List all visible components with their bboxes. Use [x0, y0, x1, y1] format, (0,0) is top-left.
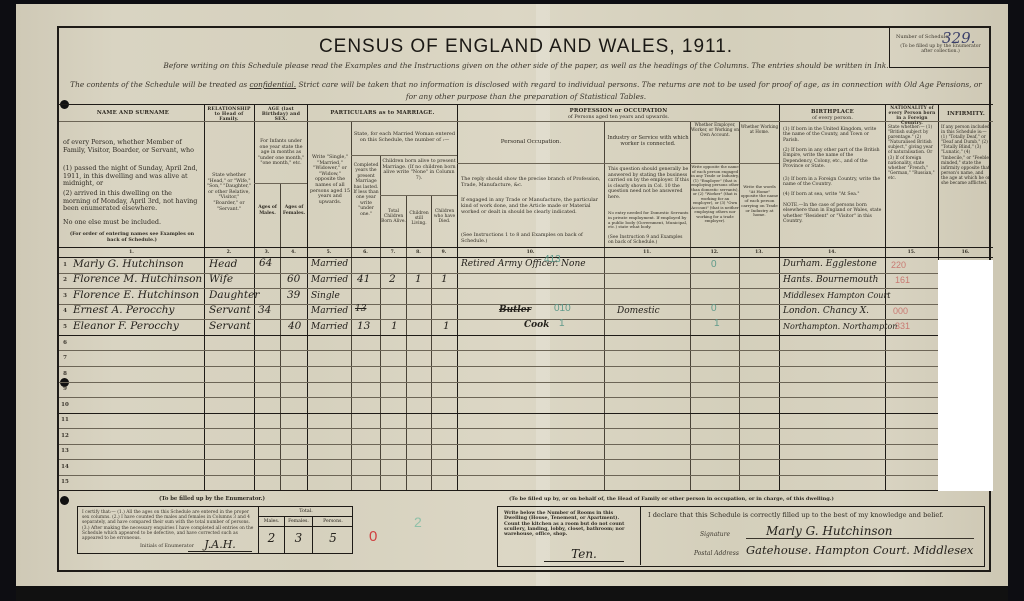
header-marriage: PARTICULARS as to MARRIAGE.: [308, 110, 457, 116]
marriage-years-struck: 13: [355, 304, 366, 314]
col-divider: [406, 195, 407, 491]
column-number: 4.: [280, 250, 307, 255]
person-birthplace: Durham. Egglestone: [783, 259, 877, 269]
header-personal-body-1: The reply should show the precise branch…: [461, 177, 601, 189]
header-industry-body-2: No entry needed for Domestic Servants in…: [608, 211, 689, 230]
header-home-body: Write the words "At Home" opposite the n…: [740, 185, 779, 218]
header-name-body-5: (For order of entering names see Example…: [63, 231, 201, 243]
employer-status: 1: [714, 318, 720, 329]
header-marriage-write: Write "Single," "Married," "Widower," or…: [309, 155, 351, 205]
column-number: 10.: [457, 250, 604, 255]
person-marital: Single: [311, 291, 340, 301]
header-personal-body-3: (See Instructions 1 to 8 and Examples on…: [461, 233, 601, 245]
row-number: 3: [61, 293, 69, 299]
column-number: 14.: [779, 250, 885, 255]
row-rule: [59, 335, 993, 336]
row-rule: [59, 350, 993, 351]
confidential-word: confidential.: [250, 80, 297, 89]
person-age-female: 39: [287, 289, 300, 301]
col-divider: [431, 195, 432, 491]
row-rule: [59, 475, 993, 476]
person-relationship: Servant: [209, 304, 251, 316]
header-rule: [351, 155, 457, 156]
occupation-code: 1: [559, 318, 565, 329]
children-died: 1: [443, 320, 450, 332]
employer-status: 0: [711, 259, 717, 270]
header-rule: [254, 183, 307, 184]
col-divider: [604, 121, 605, 491]
column-number: 5.: [307, 250, 351, 255]
instructions-line: Before writing on this Schedule please r…: [59, 61, 993, 70]
confidential-suffix: Strict care will be taken that no inform…: [296, 80, 982, 101]
header-industry-body-3: (See Instruction 9 and Examples on back …: [608, 235, 689, 245]
schedule-number-box: Number of Schedule 329. (To be filled up…: [889, 28, 989, 68]
header-rule: [380, 195, 457, 196]
column-number: 9.: [431, 250, 457, 255]
person-industry: Domestic: [617, 306, 660, 316]
rooms-instruction: Write below the Number of Rooms in this …: [504, 511, 634, 537]
person-age-male: 34: [258, 304, 271, 316]
enumerator-caption: (To be filled up by the Enumerator.): [159, 496, 265, 502]
header-birthplace-body-4: (4) If born at sea, write "At Sea.": [783, 192, 883, 197]
green-pencil-mark: 2: [414, 514, 422, 530]
rooms-section: Write below the Number of Rooms in this …: [498, 507, 641, 565]
occupation-code: 010: [554, 303, 571, 314]
header-ages-females: Ages of Females.: [281, 205, 307, 217]
signature: Marly G. Hutchinson: [746, 524, 974, 539]
row-number: 11: [61, 417, 69, 423]
row-number: 14: [61, 464, 69, 470]
males-label: Males.: [259, 517, 284, 527]
row-number: 2: [61, 277, 69, 283]
persons-label: Persons.: [313, 517, 353, 527]
row-rule: [59, 366, 993, 367]
row-number: 4: [61, 308, 69, 314]
person-birthplace: Middlesex Hampton Court: [783, 291, 891, 300]
birthplace-code: 000: [893, 306, 908, 316]
header-birthplace-body-3: (3) If born in a Foreign Country, write …: [783, 177, 883, 188]
row-number: 9: [61, 386, 69, 392]
person-name: Eleanor F. Perocchy: [73, 320, 179, 332]
row-number: 1: [61, 262, 69, 268]
column-number: 7.: [380, 250, 406, 255]
column-number: 3.: [254, 250, 280, 255]
header-children-total: Total Children Born Alive.: [381, 209, 406, 225]
header-employer-body: Write opposite the name of each person e…: [691, 165, 739, 224]
header-marriage-state: State, for each Married Woman entered on…: [353, 131, 456, 143]
person-age-female: 60: [287, 273, 300, 285]
certification-section: (To be filled up by the Enumerator.) I c…: [59, 492, 993, 572]
red-pencil-mark: 0: [369, 528, 377, 545]
col-divider: [380, 155, 381, 491]
row-rule: [59, 428, 993, 429]
person-marital: Married: [311, 275, 348, 285]
person-occupation: Cook: [524, 320, 549, 330]
row-number: 15: [61, 479, 69, 485]
header-marriage-years: Completed years the present Marriage has…: [352, 163, 380, 217]
children-living: 1: [415, 273, 422, 285]
person-name: Florence M. Hutchinson: [73, 273, 202, 285]
header-birthplace-body-2: (2) If born in any other part of the Bri…: [783, 148, 883, 170]
children-total: 2: [389, 273, 396, 285]
column-number: 11.: [604, 250, 690, 255]
children-total: 1: [391, 320, 398, 332]
household-table: NAME AND SURNAME of every Person, whethe…: [59, 104, 993, 490]
header-nationality: NATIONALITY of every Person born in a Fo…: [886, 107, 938, 127]
employer-status: 0: [711, 303, 717, 314]
header-marriage-children: Children born alive to present Marriage.…: [381, 159, 457, 181]
header-infirmity-body: If any person included in this Schedule …: [941, 125, 991, 186]
row-number: 13: [61, 448, 69, 454]
header-employer: Whether Employer, Worker, or Working on …: [691, 123, 739, 138]
column-number: 6.: [351, 250, 380, 255]
col-divider: [739, 121, 740, 491]
header-name-body-2: (1) passed the night of Sunday, April 2n…: [63, 165, 201, 188]
header-occupation-subtitle: of Persons aged ten years and upwards.: [458, 114, 779, 120]
females-count: 3: [285, 527, 312, 545]
header-name-body-4: No one else must be included.: [63, 218, 201, 227]
header-ages-males: Ages of Males.: [255, 205, 280, 217]
person-birthplace: London. Chancy X.: [783, 306, 869, 316]
person-birthplace: Northampton. Northampton: [783, 322, 897, 331]
birthplace-code: 220: [891, 260, 906, 270]
schedule-frame: CENSUS OF ENGLAND AND WALES, 1911. Befor…: [57, 26, 991, 572]
initials-label: Initials of Enumerator: [140, 544, 194, 549]
header-personal-occupation: Personal Occupation.: [458, 139, 604, 145]
totals-box: Total. Males. 2 Females. 3 Persons. 5: [258, 507, 352, 553]
col-divider: [779, 105, 780, 491]
person-marital: Married: [311, 259, 348, 269]
header-industry: Industry or Service with which worker is…: [606, 135, 690, 147]
header-children-living: Children still Living.: [407, 211, 431, 227]
postal-address: Gatehouse. Hampton Court. Middlesex: [746, 543, 973, 557]
children-died: 1: [441, 273, 448, 285]
header-age-body: For Infants under one year state the age…: [256, 139, 306, 167]
person-occupation: Butler: [499, 305, 531, 315]
person-name: Marly G. Hutchinson: [73, 258, 184, 270]
header-rule: [59, 257, 993, 258]
marriage-years: 41: [357, 273, 370, 285]
person-relationship: Wife: [209, 273, 233, 285]
row-rule: [59, 490, 993, 491]
head-of-family-box: Write below the Number of Rooms in this …: [497, 506, 985, 567]
rooms-count: Ten.: [544, 547, 624, 562]
header-relationship-body: State whether "Head," or "Wife," "Son," …: [206, 173, 252, 212]
col-divider: [204, 105, 205, 491]
person-relationship: Servant: [209, 320, 251, 332]
header-name: NAME AND SURNAME: [63, 110, 203, 116]
person-relationship: Head: [209, 258, 237, 270]
header-birthplace-note: NOTE.—In the case of persons born elsewh…: [783, 203, 883, 225]
row-rule: [59, 397, 993, 398]
enumerator-box: I certify that:— (1.) All the ages on th…: [77, 506, 353, 554]
enumerator-initials: J.A.H.: [188, 538, 252, 552]
persons-count: 5: [313, 527, 353, 545]
females-label: Females.: [285, 517, 312, 527]
header-age: AGE (last Birthday) and SEX.: [255, 107, 307, 123]
header-birthplace-body-1: (1) If born in the United Kingdom, write…: [783, 127, 883, 143]
column-number: 13.: [739, 250, 779, 255]
postal-address-label: Postal Address: [694, 550, 739, 557]
column-number: 8.: [406, 250, 431, 255]
header-relationship: RELATIONSHIP to Head of Family.: [205, 107, 253, 123]
column-number: 1.: [59, 250, 204, 255]
column-number: 2.: [204, 250, 254, 255]
person-marital: Married: [311, 322, 348, 332]
total-persons: Persons. 5: [313, 517, 353, 553]
document-title: CENSUS OF ENGLAND AND WALES, 1911.: [59, 36, 993, 58]
enumerator-certification: I certify that:— (1.) All the ages on th…: [82, 510, 254, 541]
person-name: Ernest A. Perocchy: [73, 304, 174, 316]
row-number: 6: [61, 340, 69, 346]
birthplace-code: 331: [895, 321, 910, 331]
occupation-code: 413: [544, 254, 561, 265]
column-number: 15.: [885, 250, 938, 255]
confidential-prefix: The contents of the Schedule will be tre…: [70, 80, 249, 89]
person-occupation: Retired Army Officer. None: [461, 259, 586, 269]
person-relationship: Daughter: [209, 289, 259, 301]
row-rule: [59, 413, 993, 414]
col-divider: [307, 105, 308, 491]
person-name: Florence E. Hutchinson: [73, 289, 199, 301]
column-number: 12.: [690, 250, 739, 255]
confidentiality-notice: The contents of the Schedule will be tre…: [59, 79, 993, 103]
header-children-died: Children who have Died.: [432, 209, 457, 225]
males-count: 2: [259, 527, 284, 545]
total-males: Males. 2: [259, 517, 285, 553]
column-number: 16.: [938, 250, 993, 255]
totals-label: Total.: [259, 507, 353, 517]
header-name-body-3: (2) arrived in this dwelling on the morn…: [63, 190, 201, 213]
signature-label: Signature: [700, 531, 730, 538]
header-infirmity: INFIRMITY.: [939, 111, 993, 117]
header-rule: [59, 247, 993, 248]
row-number: 8: [61, 371, 69, 377]
row-number: 5: [61, 324, 69, 330]
header-name-body-1: of every Person, whether Member of Famil…: [63, 139, 201, 154]
person-age-female: 40: [288, 320, 301, 332]
row-rule: [59, 382, 993, 383]
person-marital: Married: [311, 306, 348, 316]
header-birthplace-subtitle: of every person.: [780, 115, 885, 121]
header-nationality-body: State whether:— (1) "British subject by …: [888, 125, 937, 181]
total-females: Females. 3: [285, 517, 313, 553]
scan-edge: [16, 586, 1008, 601]
row-rule: [59, 459, 993, 460]
header-personal-body-2: If engaged in any Trade or Manufacture, …: [461, 198, 601, 215]
row-number: 7: [61, 355, 69, 361]
head-of-family-caption: (To be filled up by, or on behalf of, th…: [509, 496, 834, 502]
schedule-number: 329.: [942, 29, 975, 47]
header-home: Whether Working at Home.: [740, 125, 779, 135]
row-number: 10: [61, 402, 69, 408]
row-rule: [59, 444, 993, 445]
birthplace-code: 161: [895, 275, 910, 285]
person-age-male: 64: [259, 257, 272, 269]
row-number: 12: [61, 433, 69, 439]
redacted-infirmity-column: [938, 260, 993, 491]
marriage-years: 13: [357, 320, 370, 332]
declaration: I declare that this Schedule is correctl…: [648, 511, 944, 519]
person-birthplace: Hants. Bournemouth: [783, 275, 878, 285]
header-industry-body-1: This question should generally be answer…: [608, 167, 689, 200]
